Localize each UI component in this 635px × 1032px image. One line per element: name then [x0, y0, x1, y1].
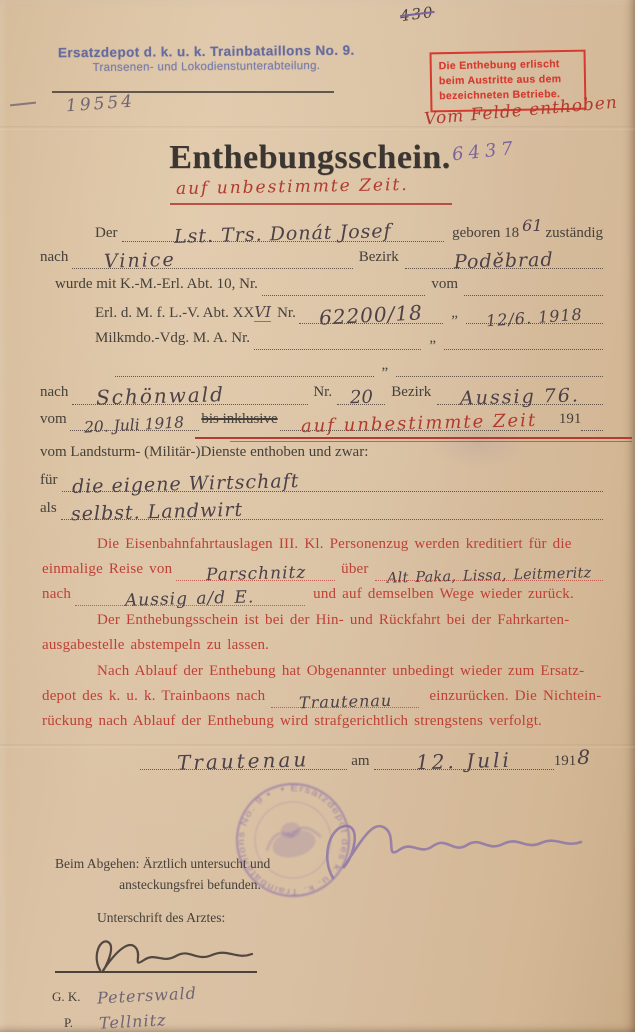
form-row-km-erlass: wurde mit K.-M.-Erl. Abt. 10, Nr. vom — [55, 276, 603, 296]
label-geboren: geboren 18 — [452, 225, 519, 242]
field-milkmdo-datum — [444, 330, 603, 350]
form-row-fuer: für die eigene Wirtschaft — [40, 472, 603, 492]
form-row-dienst: vom Landsturm- (Militär-)Dienste enthobe… — [40, 444, 603, 461]
medical-line1: Beim Abgehen: Ärztlich untersucht und — [55, 856, 270, 872]
field-rueck-ort: Trautenau — [271, 688, 419, 708]
footer-gk-row: G. K. Peterswald — [52, 986, 196, 1005]
field-erlass-nr: 62200/18 — [299, 303, 443, 324]
label-jahr: 191 — [554, 753, 577, 770]
label-als: als — [40, 500, 57, 517]
field-erlass-datum: 12/6. 1918 — [466, 304, 603, 324]
field-bezirk: Poděbrad — [405, 249, 603, 269]
field-datum: 12. Juli — [374, 749, 554, 770]
field-heimatort-value: Vinice — [82, 249, 176, 273]
travel-line3-end: und auf demselben Wege wieder zurück. — [313, 586, 574, 603]
rueck-after-text: einzurücken. Die Nichtein- — [429, 688, 601, 705]
field-zweck: die eigene Wirtschaft — [62, 472, 604, 492]
label-vom: vom — [431, 276, 458, 293]
document-page: Ersatzdepot d. k. u. k. Trainbataillons … — [0, 0, 635, 1032]
doctor-signature-label: Unterschrift des Arztes: — [97, 910, 225, 926]
label-nr: Nr. — [277, 305, 296, 322]
field-erlass-nr-value: 62200/18 — [319, 300, 424, 329]
field-urlaubsort-value: Schönwald — [82, 382, 226, 410]
form-row-als: als selbst. Landwirt — [40, 500, 603, 520]
label-vom2: vom — [40, 411, 67, 428]
label-km-erlass: wurde mit K.-M.-Erl. Abt. 10, Nr. — [55, 276, 258, 293]
rueck-mid-text: depot des k. u. k. Trainbaons nach — [42, 688, 265, 705]
label-zustaendig: zuständig — [546, 225, 604, 242]
field-datum-value: 12. Juli — [415, 748, 511, 775]
pencil-dash — [10, 102, 36, 107]
form-row-dateline: Trautenau am 12. Juli 191 8 — [140, 746, 590, 770]
stempel-line1-text: Der Enthebungsschein ist bei der Hin- un… — [97, 612, 569, 629]
label-fuer: für — [40, 472, 58, 489]
label-p: P. — [64, 1015, 73, 1031]
label-anfuehrung2: „ — [429, 330, 436, 347]
field-km-datum — [464, 276, 603, 296]
label-nach: nach — [40, 249, 68, 266]
field-reise-von: Parschnitz — [176, 561, 335, 581]
field-leer-nr — [115, 357, 374, 377]
subtitle-handwritten: auf unbestimmte Zeit. — [176, 175, 409, 199]
field-reise-von-value: Parschnitz — [205, 563, 306, 586]
field-bezirk2-value: Aussig 76. — [460, 384, 581, 409]
label-nach2: nach — [40, 384, 68, 401]
unit-stamp-line1: Ersatzdepot d. k. u. k. Trainbataillons … — [58, 43, 355, 61]
form-row-heimat: nach Vinice Bezirk Poděbrad — [40, 249, 603, 269]
label-jahr191: 191 — [559, 411, 582, 428]
field-ueber-value: Alt Paka, Lissa, Leitmeritz — [386, 565, 591, 586]
field-ausstellungsort-value: Trautenau — [177, 747, 310, 774]
document-title: Enthebungsschein. — [150, 139, 470, 177]
field-bezirk2: Aussig 76. — [437, 385, 603, 405]
rueck-line3: rückung nach Ablauf der Enthebung wird s… — [42, 713, 603, 730]
field-beruf: selbst. Landwirt — [61, 500, 603, 520]
text-dienst-enthoben: vom Landsturm- (Militär-)Dienste enthobe… — [40, 444, 368, 461]
field-reise-nach-value: Aussig a/d E. — [125, 587, 255, 610]
field-km-nr — [262, 276, 425, 296]
stempel-line2-text: ausgabestelle abstempeln zu lassen. — [42, 637, 269, 654]
label-milkmdo: Milkmdo.-Vdg. M. A. Nr. — [95, 330, 250, 347]
field-urlaubsort: Schönwald — [72, 384, 308, 405]
label-bezirk2: Bezirk — [391, 384, 431, 401]
field-hausnr: 20 — [337, 385, 385, 405]
form-row-erlass: Erl. d. M. f. L.-V. Abt. XXVI Nr. 62200/… — [95, 303, 603, 324]
travel-line1: Die Eisenbahnfahrtauslagen III. Kl. Pers… — [42, 536, 603, 553]
field-gk-ort: Peterswald — [96, 983, 197, 1007]
field-hausnr-value: 20 — [349, 387, 372, 409]
field-leer-datum — [396, 357, 603, 377]
red-underline-thick — [195, 437, 632, 439]
field-jahr-rest — [581, 411, 603, 431]
field-jahr-value: 8 — [577, 745, 590, 769]
field-von-datum-value: 20. Juli 1918 — [84, 413, 185, 436]
form-row-milkmdo: Milkmdo.-Vdg. M. A. Nr. „ — [95, 330, 603, 350]
field-rueck-ort-value: Trautenau — [299, 691, 393, 712]
rueck-line3-text: rückung nach Ablauf der Enthebung wird s… — [42, 713, 542, 730]
field-heimatort: Vinice — [72, 249, 352, 269]
paper-crease — [0, 126, 635, 130]
red-underline-thin — [230, 441, 632, 442]
stempel-line1: Der Enthebungsschein ist bei der Hin- un… — [42, 612, 603, 629]
label-bis-inklusive-struck: bis inklusive — [201, 411, 277, 428]
label-der: Der — [95, 225, 118, 242]
label-anfuehrung3: „ — [382, 357, 389, 374]
stempel-line2: ausgabestelle abstempeln zu lassen. — [42, 637, 603, 654]
form-row-zeitraum: vom 20. Juli 1918 bis inklusive auf unbe… — [40, 411, 603, 431]
label-am: am — [351, 753, 369, 770]
subtitle-underline — [170, 203, 452, 205]
field-p-ort: Tellnitz — [99, 1010, 167, 1032]
field-ueber: Alt Paka, Lissa, Leitmeritz — [375, 561, 603, 581]
footer-p-row: P. Tellnitz — [64, 1012, 166, 1031]
travel-line1-text: Die Eisenbahnfahrtauslagen III. Kl. Pers… — [97, 536, 572, 553]
rueck-line1: Nach Ablauf der Enthebung hat Obgenannte… — [42, 663, 603, 680]
form-row-name: Der Lst. Trs. Donát Josef geboren 18 61 … — [95, 222, 603, 242]
doctor-signature-line — [55, 971, 257, 973]
rueck-line2: depot des k. u. k. Trainbaons nach Traut… — [42, 688, 603, 708]
field-zweck-value: die eigene Wirtschaft — [71, 470, 299, 498]
label-gk: G. K. — [52, 989, 81, 1005]
label-erlass: Erl. d. M. f. L.-V. Abt. XX — [95, 305, 254, 322]
label-hausnr: Nr. — [313, 384, 332, 401]
field-von-datum: 20. Juli 1918 — [70, 411, 200, 431]
field-bezirk-value: Poděbrad — [454, 249, 554, 274]
field-name: Lst. Trs. Donát Josef — [122, 222, 445, 242]
field-reise-nach: Aussig a/d E. — [75, 586, 305, 606]
field-milkmdo-nr — [254, 330, 421, 350]
label-ueber: über — [341, 561, 368, 578]
form-row-leer: „ — [115, 357, 603, 377]
label-reise-nach: nach — [42, 586, 71, 603]
field-ausstellungsort: Trautenau — [140, 749, 347, 770]
field-abt-zusatz: VI — [254, 303, 271, 322]
pencil-number: 19554 — [65, 92, 135, 117]
label-anfuehrung1: „ — [451, 305, 458, 322]
field-dauer: auf unbestimmte Zeit — [280, 411, 559, 431]
travel-line2: einmalige Reise von Parschnitz über Alt … — [42, 561, 603, 581]
commander-signature — [315, 798, 600, 893]
unit-stamp: Ersatzdepot d. k. u. k. Trainbataillons … — [58, 43, 355, 75]
field-beruf-value: selbst. Landwirt — [70, 499, 243, 525]
field-name-value: Lst. Trs. Donát Josef — [174, 220, 392, 248]
field-birth-year: 61 — [522, 216, 542, 235]
crossed-out-number: 430 — [399, 3, 436, 25]
unit-stamp-line2: Transenen- und Lokodienstunterabteilung. — [58, 60, 355, 75]
field-erlass-datum-value: 12/6. 1918 — [485, 305, 583, 331]
form-row-urlaubsort: nach Schönwald Nr. 20 Bezirk Aussig 76. — [40, 384, 603, 405]
label-bezirk: Bezirk — [359, 249, 399, 266]
medical-line2: ansteckungsfrei befunden. — [55, 877, 325, 893]
travel-line3: nach Aussig a/d E. und auf demselben Weg… — [42, 586, 603, 606]
header-rule — [52, 91, 334, 93]
label-reise-von: einmalige Reise von — [42, 561, 172, 578]
rueck-line1-text: Nach Ablauf der Enthebung hat Obgenannte… — [97, 663, 584, 680]
